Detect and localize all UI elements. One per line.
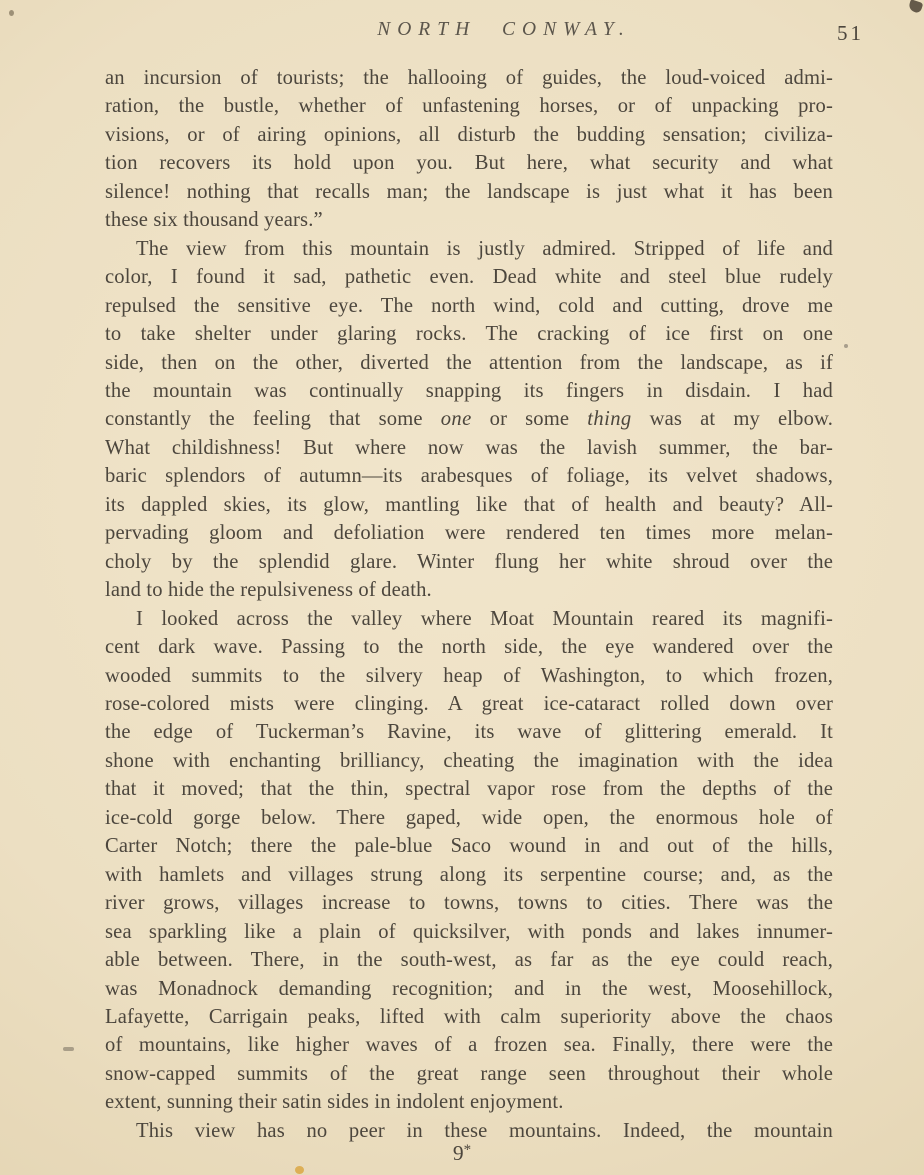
running-header: NORTH CONWAY. (0, 19, 924, 53)
text-line: the mountain was continually snapping it… (105, 377, 833, 405)
text-line: these six thousand years.” (105, 206, 833, 234)
text-line: river grows, villages increase to towns,… (105, 889, 833, 917)
paragraph: an incursion of tourists; the hallooing … (105, 64, 833, 235)
text-line: side, then on the other, diverted the at… (105, 349, 833, 377)
text-line: extent, sunning their satin sides in ind… (105, 1088, 833, 1116)
text-line: visions, or of airing opinions, all dist… (105, 121, 833, 149)
text-line: constantly the feeling that some one or … (105, 405, 833, 433)
paper-speck (63, 1047, 74, 1051)
text-line: able between. There, in the south-west, … (105, 946, 833, 974)
scanned-book-page: NORTH CONWAY. 51 an incursion of tourist… (0, 0, 924, 1175)
text-line: cent dark wave. Passing to the north sid… (105, 633, 833, 661)
signature-number: 9 (453, 1141, 464, 1165)
text-line: What childishness! But where now was the… (105, 434, 833, 462)
signature-asterisk: * (464, 1142, 472, 1158)
text-block: an incursion of tourists; the hallooing … (105, 64, 833, 1145)
text-line: to take shelter under glaring rocks. The… (105, 320, 833, 348)
text-line: its dappled skies, its glow, mantling li… (105, 491, 833, 519)
text-line: pervading gloom and defoliation were ren… (105, 519, 833, 547)
text-line: wooded summits to the silvery heap of Wa… (105, 662, 833, 690)
text-line: The view from this mountain is justly ad… (105, 235, 833, 263)
text-line: repulsed the sensitive eye. The north wi… (105, 292, 833, 320)
text-line: Lafayette, Carrigain peaks, lifted with … (105, 1003, 833, 1031)
paper-speck (9, 10, 14, 16)
text-line: silence! nothing that recalls man; the l… (105, 178, 833, 206)
paragraph: The view from this mountain is justly ad… (105, 235, 833, 605)
text-line: baric splendors of autumn—its arabesques… (105, 462, 833, 490)
text-line: ice-cold gorge below. There gaped, wide … (105, 804, 833, 832)
paper-speck (908, 0, 924, 14)
signature-mark: 9* (0, 1141, 924, 1166)
text-line: with hamlets and villages strung along i… (105, 861, 833, 889)
text-line: choly by the splendid glare. Winter flun… (105, 548, 833, 576)
text-line: color, I found it sad, pathetic even. De… (105, 263, 833, 291)
paragraph: I looked across the valley where Moat Mo… (105, 605, 833, 1117)
text-line: rose-colored mists were clinging. A grea… (105, 690, 833, 718)
text-line: ration, the bustle, whether of unfasteni… (105, 92, 833, 120)
paper-speck (844, 344, 848, 348)
text-line: sea sparkling like a plain of quicksilve… (105, 918, 833, 946)
page-title: NORTH CONWAY. (377, 19, 631, 41)
page-number: 51 (837, 21, 864, 46)
text-line: an incursion of tourists; the hallooing … (105, 64, 833, 92)
paper-speck (295, 1166, 304, 1174)
text-line: was Monadnock demanding recognition; and… (105, 975, 833, 1003)
text-line: that it moved; that the thin, spectral v… (105, 775, 833, 803)
text-line: I looked across the valley where Moat Mo… (105, 605, 833, 633)
text-line: tion recovers its hold upon you. But her… (105, 149, 833, 177)
text-line: snow-capped summits of the great range s… (105, 1060, 833, 1088)
text-line: land to hide the repulsiveness of death. (105, 576, 833, 604)
text-line: Carter Notch; there the pale-blue Saco w… (105, 832, 833, 860)
text-line: the edge of Tuckerman’s Ravine, its wave… (105, 718, 833, 746)
text-line: shone with enchanting brilliancy, cheati… (105, 747, 833, 775)
text-line: of mountains, like higher waves of a fro… (105, 1031, 833, 1059)
